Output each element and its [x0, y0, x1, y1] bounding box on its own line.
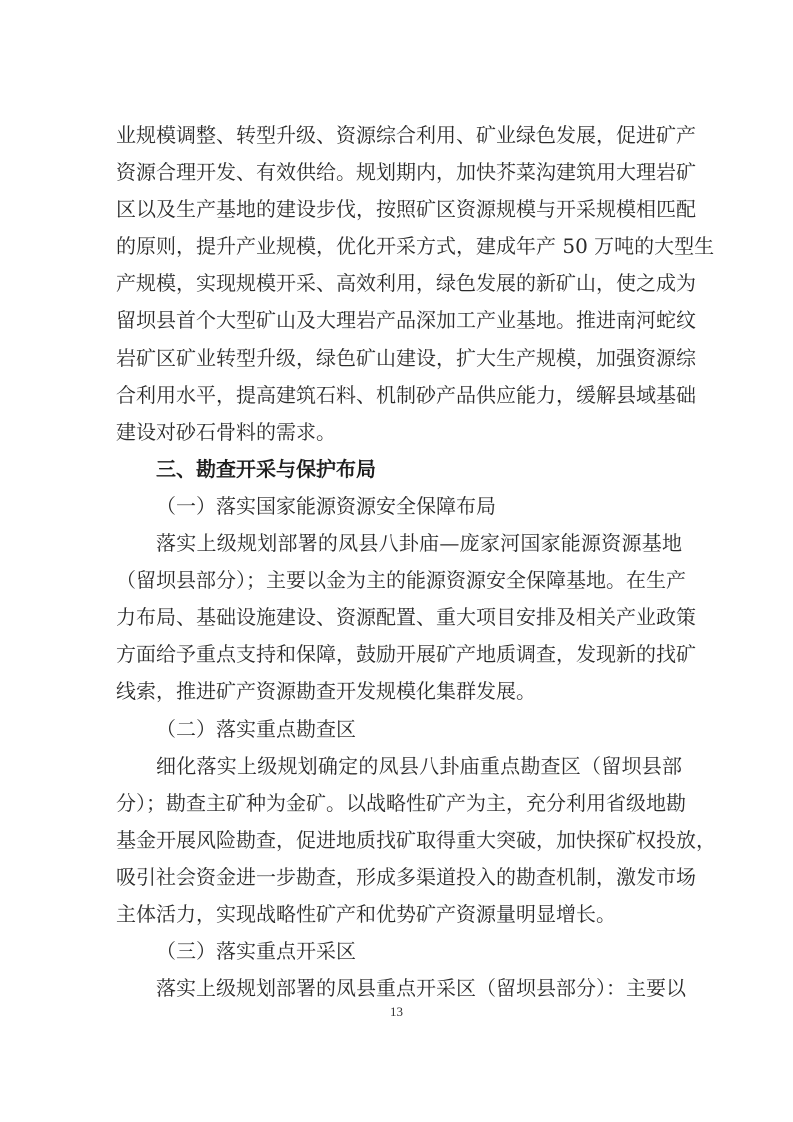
- body-line: 细化落实上级规划确定的凤县八卦庙重点勘查区（留坝县部: [116, 748, 682, 785]
- document-body: 业规模调整、转型升级、资源综合利用、矿业绿色发展，促进矿产 资源合理开发、有效供…: [116, 117, 682, 1007]
- body-line: 主体活力，实现战略性矿产和优势矿产资源量明显增长。: [116, 896, 682, 933]
- body-line: 线索，推进矿产资源勘查开发规模化集群发展。: [116, 673, 682, 710]
- body-line: 业规模调整、转型升级、资源综合利用、矿业绿色发展，促进矿产: [116, 117, 682, 154]
- body-line: 力布局、基础设施建设、资源配置、重大项目安排及相关产业政策: [116, 599, 682, 636]
- body-line: （留坝县部分）；主要以金为主的能源资源安全保障基地。在生产: [116, 562, 682, 599]
- body-line: 岩矿区矿业转型升级，绿色矿山建设，扩大生产规模，加强资源综: [116, 340, 682, 377]
- body-line: 方面给予重点支持和保障，鼓励开展矿产地质调查，发现新的找矿: [116, 636, 682, 673]
- page-number: 13: [0, 1004, 793, 1020]
- body-line: 基金开展风险勘查，促进地质找矿取得重大突破，加快探矿权投放，: [116, 822, 682, 859]
- body-line: 建设对砂石骨料的需求。: [116, 414, 682, 451]
- body-line: 合利用水平，提高建筑石料、机制砂产品供应能力，缓解县域基础: [116, 377, 682, 414]
- body-line: 资源合理开发、有效供给。规划期内，加快芥菜沟建筑用大理岩矿: [116, 154, 682, 191]
- body-line: 留坝县首个大型矿山及大理岩产品深加工产业基地。推进南河蛇纹: [116, 302, 682, 339]
- body-line: 的原则，提升产业规模，优化开采方式，建成年产 50 万吨的大型生: [116, 228, 682, 265]
- body-line: 落实上级规划部署的凤县重点开采区（留坝县部分）：主要以: [116, 970, 682, 1007]
- body-line: 吸引社会资金进一步勘查，形成多渠道投入的勘查机制，激发市场: [116, 859, 682, 896]
- body-line: 区以及生产基地的建设步伐，按照矿区资源规模与开采规模相匹配: [116, 191, 682, 228]
- subsection-heading: （一）落实国家能源资源安全保障布局: [116, 488, 682, 525]
- section-heading: 三、勘查开采与保护布局: [116, 451, 682, 488]
- body-line: 落实上级规划部署的凤县八卦庙—庞家河国家能源资源基地: [116, 525, 682, 562]
- subsection-heading: （二）落实重点勘查区: [116, 711, 682, 748]
- body-line: 产规模，实现规模开采、高效利用，绿色发展的新矿山，使之成为: [116, 265, 682, 302]
- subsection-heading: （三）落实重点开采区: [116, 933, 682, 970]
- document-page: 业规模调整、转型升级、资源综合利用、矿业绿色发展，促进矿产 资源合理开发、有效供…: [0, 0, 793, 1122]
- body-line: 分）；勘查主矿种为金矿。以战略性矿产为主，充分利用省级地勘: [116, 785, 682, 822]
